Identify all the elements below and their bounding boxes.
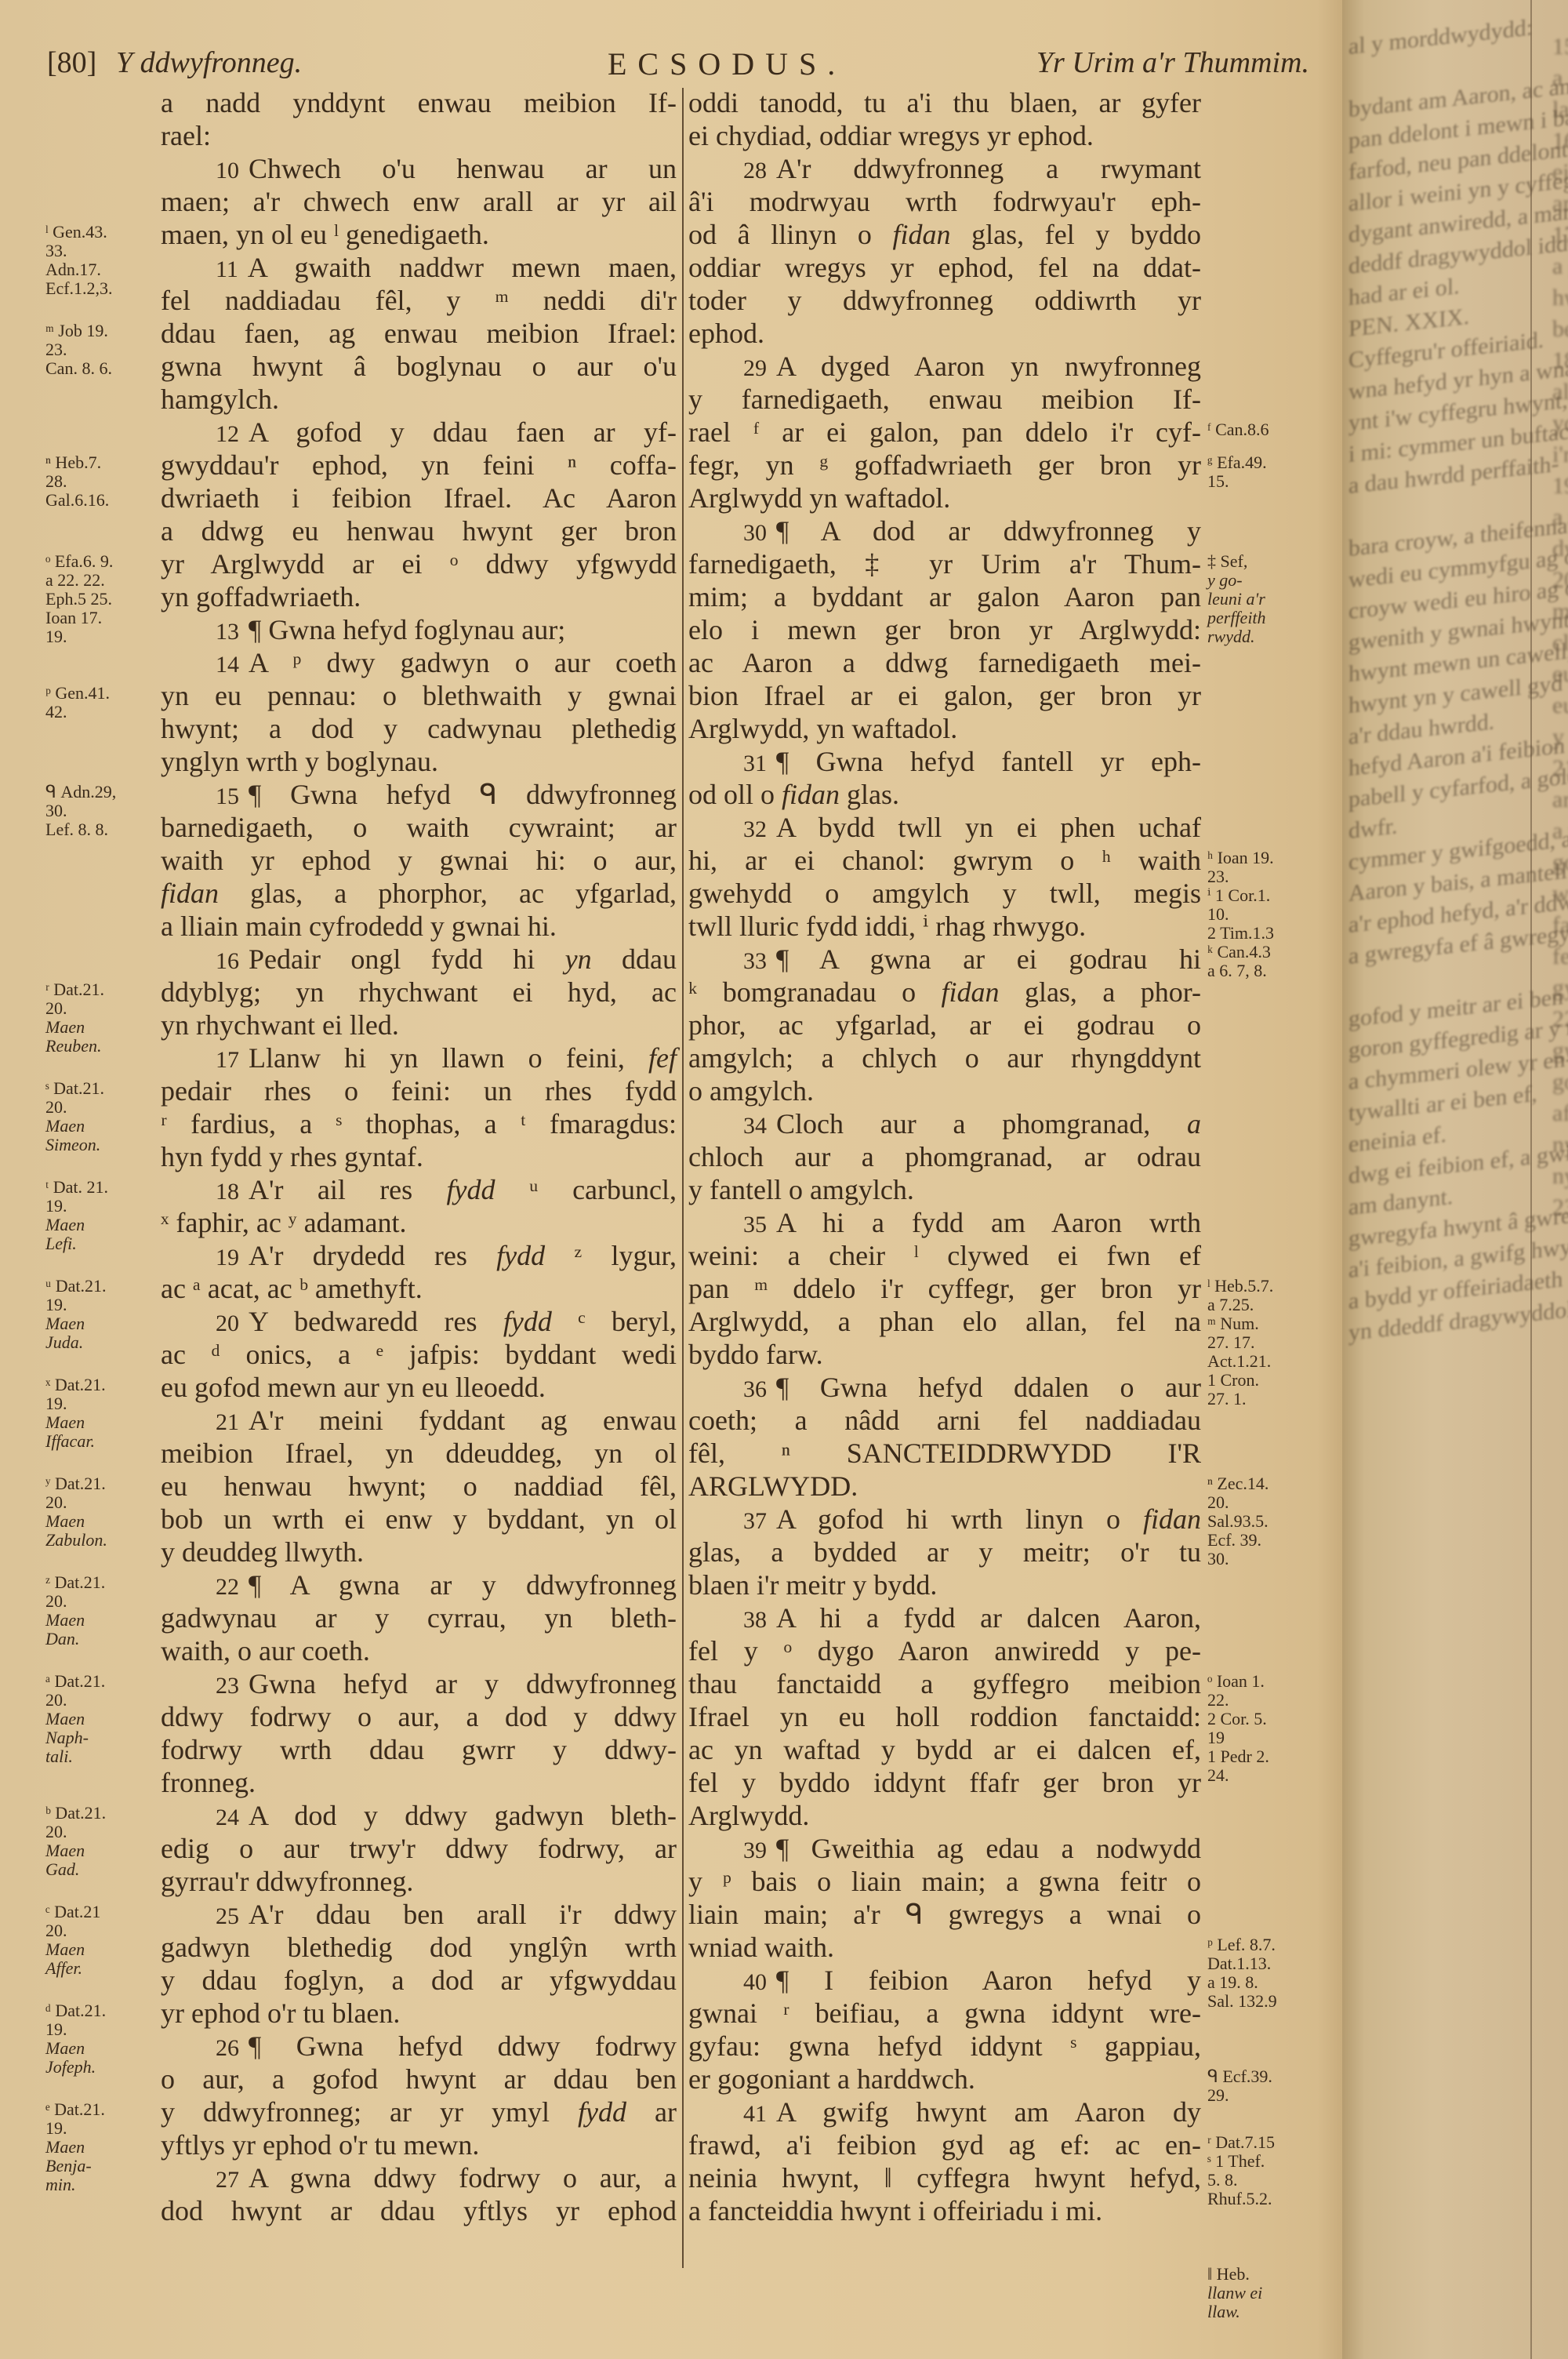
text-line: waith, o aur coeth. [161,1634,677,1667]
text-line: gyfau: gwna hefyd iddynt ˢ gappiau, [688,2030,1201,2063]
text-line: gwyddau'r ephod, yn feini ⁿ coffa- [161,449,677,482]
verse-text: ynglyn wrth y boglynau. [161,746,438,777]
facing-text-line: cluft d [1552,627,1568,659]
margin-note: ᵃ Dat.21. 20. Maen Naph- tali. [45,1672,105,1766]
facing-text-line: nys hw [1552,1161,1568,1192]
verse-text: byddo farw. [688,1339,823,1370]
margin-note: ᵇ Dat.21. 20. Maen Gad. [45,1804,106,1879]
text-line: 40¶ I feibion Aaron hefyd y [688,1964,1201,1997]
text-line: ʳ fardius, a ˢ thophas, a ᵗ fmaragdus: [161,1107,677,1140]
text-line: dwriaeth i feibion Ifrael. Ac Aaron [161,482,677,514]
text-line: 15¶ Gwna hefyd ᑫ ddwyfronneg [161,778,677,811]
verse-number: 28 [743,158,767,184]
text-line: ddau faen, ag enwau meibion Ifrael: [161,317,677,350]
text-line: od oll o fidan glas. [688,778,1201,811]
text-line: hamgylch. [161,383,677,416]
margin-note: ᵖ Lef. 8.7. Dat.1.13. a 19. 8. Sal. 132.… [1207,1936,1277,2011]
facing-text-line: dwylaw [1552,533,1568,565]
text-line: yn eu pennau: o blethwaith y gwnai [161,679,677,712]
text-line: yr ephod o'r tu blaen. [161,1997,677,2030]
verse-text: Arglwydd, a phan elo allan, fel na [688,1306,1201,1337]
text-line: ei chydiad, oddiar wregys yr ephod. [688,119,1201,152]
verse-text: Cloch aur a phomgranad, a [776,1108,1201,1140]
facing-page: al y morddwydydd: bydant am Aaron, ac am… [1342,0,1568,2359]
margin-note: ʰ Ioan 19. 23. ⁱ 1 Cor.1. 10. 2 Tim.1.3 … [1207,849,1274,980]
text-line: ephod. [688,317,1201,350]
margin-note: ᑫ Adn.29, 30. Lef. 8. 8. [45,783,116,839]
verse-text: â'i modrwyau wrth fodrwyau'r eph- [688,186,1201,217]
margin-note: ᑫ Ecf.39. 29. [1207,2067,1272,2105]
text-line: coeth; a nâdd arni fel naddiadau [688,1404,1201,1437]
verse-text: Chwech o'u henwau ar un [249,153,677,184]
verse-number: 41 [743,2101,767,2127]
text-line: amgylch; a chlych o aur rhyngddynt [688,1041,1201,1074]
text-line: gyrrau'r ddwyfronneg. [161,1865,677,1898]
text-line: neinia hwynt, ‖ cyffegra hwynt hefyd, [688,2161,1201,2194]
text-line: er gogoniant a harddwch. [688,2063,1201,2095]
facing-text-line: 18 [1552,345,1568,376]
verse-number: 12 [216,421,239,447]
text-line: 30¶ A dod ar ddwyfronneg y [688,514,1201,547]
verse-text: yftlys yr ephod o'r tu mewn. [161,2129,479,2161]
facing-text-line: goedd [1552,847,1568,878]
text-line: 22¶ A gwna ar y ddwyfronneg [161,1568,677,1601]
verse-text: gyfau: gwna hefyd iddynt ˢ gappiau, [688,2030,1201,2062]
page-number: [80] [47,45,96,80]
facing-text-line: eu tr [1552,690,1568,722]
margin-note: ᵐ Job 19. 23. Can. 8. 6. [45,322,112,378]
facing-text-line: fanctei [1552,910,1568,941]
facing-text-line: hwynt [1552,282,1568,314]
facing-text-line: a tha [1552,816,1568,847]
text-line: y ddau foglyn, a dod ar yfgwyddau [161,1964,677,1997]
text-line: 35A hi a fydd am Aaron wrth [688,1206,1201,1239]
facing-text-line: mer o [1552,596,1568,627]
column-divider [682,88,684,2268]
verse-text: rael ᶠ ar ei galon, pan ddelo i'r cyf- [688,416,1201,448]
text-line: fêl, ⁿ SANCTEIDDRWYDD I'R [688,1437,1201,1470]
verse-number: 25 [216,1903,239,1929]
verse-text: ¶ A gwna ar y ddwyfronneg [249,1569,677,1601]
margin-note: ‡ Sef, y go- leuni a'r perffeith rwydd. [1207,552,1266,646]
text-line: ˣ faphir, ac ʸ adamant. [161,1206,677,1239]
verse-text: eu henwau hwynt; o naddiad fêl, [161,1470,677,1502]
text-line: ac ᵈ onics, a ᵉ jafpis: byddant wedi [161,1338,677,1371]
verse-text: chloch aur a phomgranad, ar odrau [688,1141,1201,1172]
margin-note: ʳ Dat.21. 20. Maen Reuben. [45,980,104,1056]
verse-text: gwyddau'r ephod, yn feini ⁿ coffa- [161,449,677,481]
verse-text: ᵏ bomgranadau o fidan glas, a phor- [688,976,1201,1008]
text-line: ac ᵃ acat, ac ᵇ amethyft. [161,1272,677,1305]
verse-text: waith yr ephod y gwnai hi: o aur, [161,845,677,876]
verse-number: 36 [743,1376,767,1402]
text-line: 23Gwna hefyd ar y ddwyfronneg [161,1667,677,1700]
text-line: y ᵖ bais o liain main; a gwna feitr o [688,1865,1201,1898]
facing-text-line: afu, a' [1552,1098,1568,1129]
verse-number: 30 [743,520,767,546]
text-line: gwnai ʳ beifiau, a gwna iddynt wre- [688,1997,1201,2030]
text-line: Arglwydd. [688,1799,1201,1832]
text-line: 19A'r drydedd res fydd ᶻ lygur, [161,1239,677,1272]
verse-text: a nadd ynddynt enwau meibion If- [161,87,677,118]
text-line: ᵏ bomgranadau o fidan glas, a phor- [688,976,1201,1009]
verse-text: ¶ A gwna ar ei godrau hi [776,943,1201,975]
facing-page-column: al y morddwydydd: bydant am Aaron, ac am… [1348,11,1544,1349]
verse-number: 40 [743,1969,767,1995]
text-line: 21A'r meini fyddant ag enwau [161,1404,677,1437]
verse-text: ddau faen, ag enwau meibion Ifrael: [161,318,677,349]
verse-text: fronneg. [161,1767,256,1798]
text-line: fel y ᵒ dygo Aaron anwiredd y pe- [688,1634,1201,1667]
facing-column-divider [1530,0,1532,2359]
verse-text: weini: a cheir ˡ clywed ei fwn ef [688,1240,1201,1271]
text-line: 18A'r ail res fydd ᵘ carbuncl, [161,1173,677,1206]
text-line: 13¶ Gwna hefyd foglynau aur; [161,613,677,646]
verse-text: oddiar wregys yr ephod, fel na ddat- [688,252,1201,283]
facing-text-line: ydu: [1552,408,1568,439]
verse-text: y ᵖ bais o liain main; a gwna feitr o [688,1866,1201,1897]
verse-text: Y bedwaredd res fydd ᶜ beryl, [249,1306,677,1337]
facing-text-line: gorchu [1552,1067,1568,1098]
text-line: bob un wrth ei enw y byddant, yn ol [161,1503,677,1536]
verse-text: gadwyn blethedig dod ynglŷn wrth [161,1932,677,1963]
facing-text-line: i'r Ar [1552,439,1568,471]
verse-text: A'r ail res fydd ᵘ carbuncl, [249,1174,677,1205]
text-line: 26¶ Gwna hefyd ddwy fodrwy [161,2030,677,2063]
facing-page-column-2: 15a gofolaw ar16 Aei waeamgyl17 Aa golch… [1552,31,1568,1223]
facing-text-line: law ar [1552,94,1568,125]
verse-number: 37 [743,1508,767,1534]
verse-number: 33 [743,948,767,974]
text-line: 12A gofod y ddau faen ar yf- [161,416,677,449]
verse-text: a lliain main cyfrodedd y gwnai hi. [161,911,557,942]
verse-text: ¶ I feibion Aaron hefyd y [776,1965,1201,1996]
margin-note: ᵗ Dat. 21. 19. Maen Lefi. [45,1178,108,1253]
verse-number: 19 [216,1245,239,1270]
text-line: eu henwau hwynt; o naddiad fêl, [161,1470,677,1503]
text-line: a ddwg eu henwau hwynt ger bron [161,514,677,547]
facing-text-line: 16 A [1552,125,1568,157]
facing-text-line: gwer, [1552,1035,1568,1067]
text-line: frawd, a'i feibion gyd ag ef: ac en- [688,2128,1201,2161]
verse-text: ¶ Gwna hefyd foglynau aur; [249,614,565,645]
right-text-column: oddi tanodd, tu a'i thu blaen, ar gyfere… [688,86,1201,2227]
verse-text: ddwy fodrwy o aur, a dod y ddwy [161,1701,677,1732]
text-line: gwna hwynt â boglynau o aur o'u [161,350,677,383]
verse-text: Ifrael yn eu holl roddion fanctaidd: [688,1701,1201,1732]
verse-text: bob un wrth ei enw y byddant, yn ol [161,1503,677,1535]
verse-text: hamgylch. [161,383,279,415]
facing-text-line: eu llo [1552,659,1568,690]
verse-text: Arglwydd. [688,1800,809,1831]
verse-text: bion Ifrael ar ei galon, ger bron yr [688,680,1201,711]
text-line: Arglwydd, a phan elo allan, fel na [688,1305,1201,1338]
text-line: gadwynau ar y cyrrau, yn bleth- [161,1601,677,1634]
facing-text-line: allor: [1552,376,1568,408]
margin-note: ‖ Heb. llanw ei llaw. [1207,2265,1262,2321]
margin-note: ʸ Dat.21. 20. Maen Zabulon. [45,1474,107,1550]
verse-text: pedair rhes o feini: un rhes fydd [161,1075,677,1107]
verse-text: a ddwg eu henwau hwynt ger bron [161,515,677,547]
text-line: weini: a cheir ˡ clywed ei fwn ef [688,1239,1201,1272]
verse-number: 38 [743,1607,767,1633]
text-line: farnedigaeth, ‡ yr Urim a'r Thum- [688,547,1201,580]
verse-text: ddyblyg; yn rhychwant ei hyd, ac [161,976,677,1008]
text-line: wniad waith. [688,1931,1201,1964]
verse-text: y farnedigaeth, enwau meibion If- [688,383,1201,415]
facing-text-line: feibion [1552,941,1568,972]
verse-text: fegr, yn ᵍ goffadwriaeth ger bron yr [688,449,1201,481]
verse-text: ¶ Gweithia ag edau a nodwydd [776,1833,1201,1864]
text-line: maen; a'r chwech enw arall ar yr ail [161,185,677,218]
text-line: meibion Ifrael, yn ddeuddeg, yn ol [161,1437,677,1470]
verse-number: 32 [743,816,767,842]
text-line: 38A hi a fydd ar dalcen Aaron, [688,1601,1201,1634]
text-line: edig o aur trwy'r ddwy fodrwy, ar [161,1832,677,1865]
verse-text: toder y ddwyfronneg oddiwrth yr [688,285,1201,316]
left-running-title: Y ddwyfronneg. [116,45,302,80]
bible-page: [80] Y ddwyfronneg. ECSODUS. Yr Urim a'r… [0,0,1333,2359]
verse-text: ¶ A dod ar ddwyfronneg y [776,515,1201,547]
verse-number: 14 [216,652,239,678]
verse-text: neinia hwynt, ‖ cyffegra hwynt hefyd, [688,2162,1201,2194]
margin-note: ᵉ Dat.21. 19. Maen Benja- min. [45,2100,105,2194]
text-line: ddwy fodrwy o aur, a dod y ddwy [161,1700,677,1733]
verse-text: gadwynau ar y cyrrau, yn bleth- [161,1602,677,1634]
text-line: rael: [161,119,677,152]
facing-text-line: 15 [1552,31,1568,63]
margin-note: ⁿ Heb.7. 28. Gal.6.16. [45,453,109,510]
text-line: mim; a byddant ar galon Aaron pan [688,580,1201,613]
verse-text: A gwaith naddwr mewn maen, [248,252,677,283]
verse-text: yn rhychwant ei lled. [161,1009,399,1041]
verse-number: 15 [216,783,239,809]
text-line: oddi tanodd, tu a'i thu blaen, ar gyfer [688,86,1201,119]
right-running-title: Yr Urim a'r Thummim. [1036,45,1309,80]
verse-number: 31 [743,751,767,776]
verse-text: frawd, a'i feibion gyd ag ef: ac en- [688,2129,1201,2161]
text-line: fronneg. [161,1766,677,1799]
verse-text: phor, ac yfgarlad, ar ei godrau o [688,1009,1201,1041]
verse-text: A'r ddau ben arall i'r ddwy [249,1899,677,1930]
verse-text: blaen i'r meitr y bydd. [688,1569,937,1601]
text-line: dod hwynt ar ddau yftlys yr ephod [161,2194,677,2227]
verse-text: hyn fydd y rhes gyntaf. [161,1141,423,1172]
verse-text: fêl, ⁿ SANCTEIDDRWYDD I'R [688,1438,1201,1469]
margin-note: ˢ Dat.21. 20. Maen Simeon. [45,1079,104,1154]
verse-number: 26 [216,2035,239,2061]
facing-text-line: ben. [1552,314,1568,345]
verse-text: dwriaeth i feibion Ifrael. Ac Aaron [161,482,677,514]
text-line: barnedigaeth, o waith cywraint; ar [161,811,677,844]
verse-text: A'r drydedd res fydd ᶻ lygur, [249,1240,677,1271]
text-line: 24A dod y ddwy gadwyn bleth- [161,1799,677,1832]
text-line: o amgylch. [688,1074,1201,1107]
verse-text: dod hwynt ar ddau yftlys yr ephod [161,2195,677,2226]
text-line: 31¶ Gwna hefyd fantell yr eph- [688,745,1201,778]
verse-text: Llanw hi yn llawn o feini, fef [249,1042,677,1074]
text-line: od â llinyn o fidan glas, fel y byddo [688,218,1201,251]
facing-text-line: a rhoc [1552,502,1568,533]
verse-text: liain main; a'r ᑫ gwregys a wnai o [688,1899,1201,1930]
verse-text: A ᵖ dwy gadwyn o aur coeth [249,647,677,678]
text-line: waith yr ephod y gwnai hi: o aur, [161,844,677,877]
verse-text: waith, o aur coeth. [161,1635,370,1667]
verse-text: A'r ddwyfronneg a rwymant [776,153,1201,184]
verse-number: 18 [216,1179,239,1205]
verse-text: A gofod y ddau faen ar yf- [249,416,677,448]
facing-text-line: 19 [1552,471,1568,502]
margin-note: ᶠ Can.8.6 [1207,420,1269,439]
verse-text: A hi a fydd ar dalcen Aaron, [776,1602,1201,1634]
verse-text: A'r meini fyddant ag enwau [249,1405,677,1436]
text-line: rael ᶠ ar ei galon, pan ddelo i'r cyf- [688,416,1201,449]
text-line: yn rhychwant ei lled. [161,1009,677,1041]
verse-number: 10 [216,158,239,184]
text-line: Arglwydd, yn waftadol. [688,712,1201,745]
margin-note: ᵒ Efa.6. 9. a 22. 22. Eph.5 25. Ioan 17.… [45,552,113,646]
verse-text: ac yn waftad y bydd ar ei dalcen ef, [688,1734,1201,1765]
text-line: 32A bydd twll yn ei phen uchaf [688,811,1201,844]
text-line: maen, yn ol eu ˡ genedigaeth. [161,218,677,251]
verse-text: ephod. [688,318,764,349]
verse-number: 39 [743,1837,767,1863]
verse-text: fel naddiadau fêl, y ᵐ neddi di'r [161,285,677,316]
verse-text: wniad waith. [688,1932,834,1963]
text-line: phor, ac yfgarlad, ar ei godrau o [688,1009,1201,1041]
text-line: 34Cloch aur a phomgranad, a [688,1107,1201,1140]
verse-text: ¶ Gwna hefyd ᑫ ddwyfronneg [249,779,677,810]
facing-text-line: 17 A [1552,220,1568,251]
page-header: [80] Y ddwyfronneg. ECSODUS. Yr Urim a'r… [47,45,1309,85]
text-line: Ifrael yn eu holl roddion fanctaidd: [688,1700,1201,1733]
verse-text: A gwifg hwynt am Aaron dy [776,2096,1201,2128]
verse-text: A gwna ddwy fodrwy o aur, a [249,2162,677,2194]
text-line: byddo farw. [688,1338,1201,1371]
verse-text: mim; a byddant ar galon Aaron pan [688,581,1201,612]
verse-text: twll lluric fydd iddi, ⁱ rhag rhwygo. [688,911,1086,942]
verse-number: 27 [216,2167,239,2193]
margin-note: ᵈ Dat.21. 19. Maen Jofeph. [45,2001,106,2077]
verse-text: ˣ faphir, ac ʸ adamant. [161,1207,407,1238]
verse-number: 20 [216,1310,239,1336]
verse-text: eu gofod mewn aur yn eu lleoedd. [161,1372,546,1403]
margin-note: ᵒ Ioan 1. 22. 2 Cor. 5. 19 1 Pedr 2. 24. [1207,1672,1269,1785]
text-line: fodrwy wrth ddau gwrr y ddwy- [161,1733,677,1766]
verse-text: er gogoniant a harddwch. [688,2063,975,2095]
text-line: 37A gofod hi wrth linyn o fidan [688,1503,1201,1536]
verse-text: A bydd twll yn ei phen uchaf [776,812,1201,843]
verse-text: Pedair ongl fydd hi yn ddau [249,943,677,975]
facing-text-line: ar yr [1552,784,1568,816]
facing-text-line: a golc [1552,251,1568,282]
text-line: chloch aur a phomgranad, ar odrau [688,1140,1201,1173]
verse-number: 35 [743,1212,767,1238]
text-line: a lliain main cyfrodedd y gwnai hi. [161,910,677,943]
verse-text: A dyged Aaron yn nwyfronneg [776,351,1201,382]
margin-note: ᵖ Gen.41. 42. [45,684,110,722]
text-line: ac yn waftad y bydd ar ei dalcen ef, [688,1733,1201,1766]
text-line: 10Chwech o'u henwau ar un [161,152,677,185]
facing-text-line: 23 [1552,1192,1568,1223]
text-line: y farnedigaeth, enwau meibion If- [688,383,1201,416]
text-line: fegr, yn ᵍ goffadwriaeth ger bron yr [688,449,1201,482]
verse-text: rael: [161,120,211,151]
verse-text: fel y ᵒ dygo Aaron anwiredd y pe- [688,1635,1201,1667]
margin-note: ʳ Dat.7.15 ˢ 1 Thef. 5. 8. Rhuf.5.2. [1207,2133,1275,2208]
text-line: eu gofod mewn aur yn eu lleoedd. [161,1371,677,1404]
verse-number: 17 [216,1047,239,1073]
text-line: y ddwyfronneg; ar yr ymyl fydd ar [161,2095,677,2128]
verse-text: glas, a bydded ar y meitr; o'r tu [688,1536,1201,1568]
text-line: ddyblyg; yn rhychwant ei hyd, ac [161,976,677,1009]
verse-text: gwnai ʳ beifiau, a gwna iddynt wre- [688,1997,1201,2029]
facing-text-line: 20 [1552,565,1568,596]
text-line: thau fanctaidd a gyffegro meibion [688,1667,1201,1700]
verse-text: hi, ar ei chanol: gwrym o ʰ waith [688,845,1201,876]
text-line: o aur, a gofod hwynt ar ddau ben [161,2063,677,2095]
verse-text: fel y byddo iddynt ffafr ger bron yr [688,1767,1201,1798]
verse-text: meibion Ifrael, yn ddeuddeg, yn ol [161,1438,677,1469]
verse-text: A gofod hi wrth linyn o fidan [776,1503,1201,1535]
text-line: liain main; a'r ᑫ gwregys a wnai o [688,1898,1201,1931]
text-line: oddiar wregys yr ephod, fel na ddat- [688,251,1201,284]
text-line: 17Llanw hi yn llawn o feini, fef [161,1041,677,1074]
verse-text: A dod y ddwy gadwyn bleth- [249,1800,677,1831]
verse-text: yn eu pennau: o blethwaith y gwnai [161,680,677,711]
text-line: 11A gwaith naddwr mewn maen, [161,251,677,284]
verse-text: A hi a fydd am Aaron wrth [776,1207,1201,1238]
margin-note: ⁿ Zec.14. 20. Sal.93.5. Ecf. 39. 30. [1207,1474,1269,1568]
text-line: 29A dyged Aaron yn nwyfronneg [688,350,1201,383]
verse-number: 22 [216,1574,239,1600]
verse-number: 11 [216,256,238,282]
text-line: toder y ddwyfronneg oddiwrth yr [688,284,1201,317]
text-line: ynglyn wrth y boglynau. [161,745,677,778]
facing-text-line: a gofo [1552,63,1568,94]
text-line: fel naddiadau fêl, y ᵐ neddi di'r [161,284,677,317]
text-line: y deuddeg llwyth. [161,1536,677,1568]
verse-number: 16 [216,948,239,974]
text-line: 25A'r ddau ben arall i'r ddwy [161,1898,677,1931]
text-line: Arglwydd yn waftadol. [688,482,1201,514]
verse-text: y fantell o amgylch. [688,1174,914,1205]
verse-text: o aur, a gofod hwynt ar ddau ben [161,2063,677,2095]
text-line: a nadd ynddynt enwau meibion If- [161,86,677,119]
verse-text: fodrwy wrth ddau gwrr y ddwy- [161,1734,677,1765]
verse-text: barnedigaeth, o waith cywraint; ar [161,812,677,843]
text-line: â'i modrwyau wrth fodrwyau'r eph- [688,185,1201,218]
text-line: glas, a bydded ar y meitr; o'r tu [688,1536,1201,1568]
verse-number: 34 [743,1113,767,1139]
facing-text-line: y gwa [1552,722,1568,753]
margin-note: ˣ Dat.21. 19. Maen Iffacar. [45,1376,106,1451]
text-line: 28A'r ddwyfronneg a rwymant [688,152,1201,185]
text-line: hyn fydd y rhes gyntaf. [161,1140,677,1173]
verse-text: amgylch; a chlych o aur rhyngddynt [688,1042,1201,1074]
verse-text: thau fanctaidd a gyffegro meibion [688,1668,1201,1699]
text-line: 33¶ A gwna ar ei godrau hi [688,943,1201,976]
verse-text: ¶ Gwna hefyd ddwy fodrwy [249,2030,677,2062]
verse-text: hwynt; a dod y cadwynau plethedig [161,713,677,744]
text-line: bion Ifrael ar ei galon, ger bron yr [688,679,1201,712]
verse-text: ARGLWYDD. [688,1470,858,1502]
text-line: 14A ᵖ dwy gadwyn o aur coeth [161,646,677,679]
verse-text: maen, yn ol eu ˡ genedigaeth. [161,219,489,250]
facing-text-line: 22 O [1552,1004,1568,1035]
verse-text: gwna hwynt â boglynau o aur o'u [161,351,677,382]
facing-text-line: amgyl [1552,188,1568,220]
